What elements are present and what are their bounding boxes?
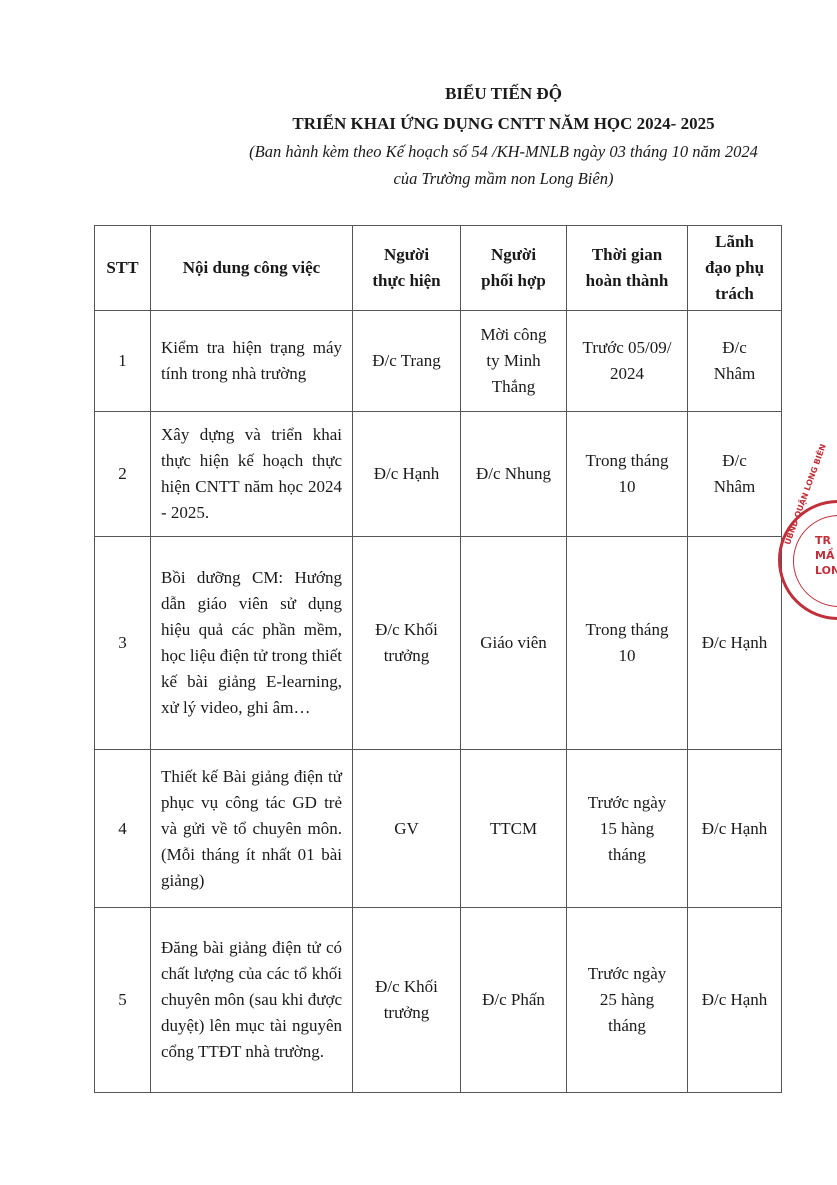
table-row: 3 Bồi dưỡng CM: Hướng dẫn giáo viên sử d…	[95, 537, 782, 750]
cell-coordinator: Đ/c Phấn	[461, 908, 567, 1093]
document-reference: (Ban hành kèm theo Kế hoạch số 54 /KH-MN…	[85, 142, 837, 162]
cell-stt: 3	[95, 537, 151, 750]
cell-executor: GV	[353, 750, 461, 908]
cell-leader: Đ/c Hạnh	[688, 537, 782, 750]
header-leader: Lãnh đạo phụ trách	[688, 226, 782, 311]
cell-deadline: Trước 05/09/ 2024	[567, 311, 688, 412]
seal-line-2: MẦ	[815, 548, 837, 563]
cell-content: Thiết kế Bài giảng điện tử phục vụ công …	[151, 750, 353, 908]
cell-executor: Đ/c Khối trưởng	[353, 908, 461, 1093]
cell-coordinator: Mời công ty Minh Thắng	[461, 311, 567, 412]
official-seal-stamp: UBND QUẬN LONG BIÊN TR MẦ LON	[778, 500, 837, 620]
header-deadline: Thời gian hoàn thành	[567, 226, 688, 311]
cell-stt: 2	[95, 412, 151, 537]
seal-line-1: TR	[815, 533, 837, 548]
table-row: 4 Thiết kế Bài giảng điện tử phục vụ côn…	[95, 750, 782, 908]
table-row: 2 Xây dựng và triển khai thực hiện kế ho…	[95, 412, 782, 537]
cell-leader: Đ/c Hạnh	[688, 908, 782, 1093]
cell-executor: Đ/c Khối trưởng	[353, 537, 461, 750]
cell-deadline: Trong tháng 10	[567, 537, 688, 750]
cell-leader: Đ/c Nhâm	[688, 412, 782, 537]
document-subject: TRIỂN KHAI ỨNG DỤNG CNTT NĂM HỌC 2024- 2…	[85, 114, 837, 134]
cell-stt: 1	[95, 311, 151, 412]
schedule-table: STT Nội dung công việc Người thực hiện N…	[94, 225, 782, 1093]
table-row: 5 Đăng bài giảng điện tử có chất lượng c…	[95, 908, 782, 1093]
cell-deadline: Trong tháng 10	[567, 412, 688, 537]
cell-executor: Đ/c Trang	[353, 311, 461, 412]
cell-content: Kiểm tra hiện trạng máy tính trong nhà t…	[151, 311, 353, 412]
document-title: BIỂU TIẾN ĐỘ	[85, 84, 837, 104]
document-issuer: của Trường mầm non Long Biên)	[85, 169, 837, 189]
cell-executor: Đ/c Hạnh	[353, 412, 461, 537]
header-coordinator: Người phối hợp	[461, 226, 567, 311]
table-header-row: STT Nội dung công việc Người thực hiện N…	[95, 226, 782, 311]
cell-deadline: Trước ngày 25 hàng tháng	[567, 908, 688, 1093]
cell-coordinator: Đ/c Nhung	[461, 412, 567, 537]
table-row: 1 Kiểm tra hiện trạng máy tính trong nhà…	[95, 311, 782, 412]
cell-stt: 4	[95, 750, 151, 908]
header-stt: STT	[95, 226, 151, 311]
cell-stt: 5	[95, 908, 151, 1093]
cell-leader: Đ/c Hạnh	[688, 750, 782, 908]
cell-content: Đăng bài giảng điện tử có chất lượng của…	[151, 908, 353, 1093]
cell-content: Xây dựng và triển khai thực hiện kế hoạc…	[151, 412, 353, 537]
cell-coordinator: TTCM	[461, 750, 567, 908]
cell-content: Bồi dưỡng CM: Hướng dẫn giáo viên sử dụn…	[151, 537, 353, 750]
cell-deadline: Trước ngày 15 hàng tháng	[567, 750, 688, 908]
header-content: Nội dung công việc	[151, 226, 353, 311]
cell-leader: Đ/c Nhâm	[688, 311, 782, 412]
seal-line-3: LON	[815, 563, 837, 578]
seal-center-text: TR MẦ LON	[815, 533, 837, 578]
cell-coordinator: Giáo viên	[461, 537, 567, 750]
header-executor: Người thực hiện	[353, 226, 461, 311]
